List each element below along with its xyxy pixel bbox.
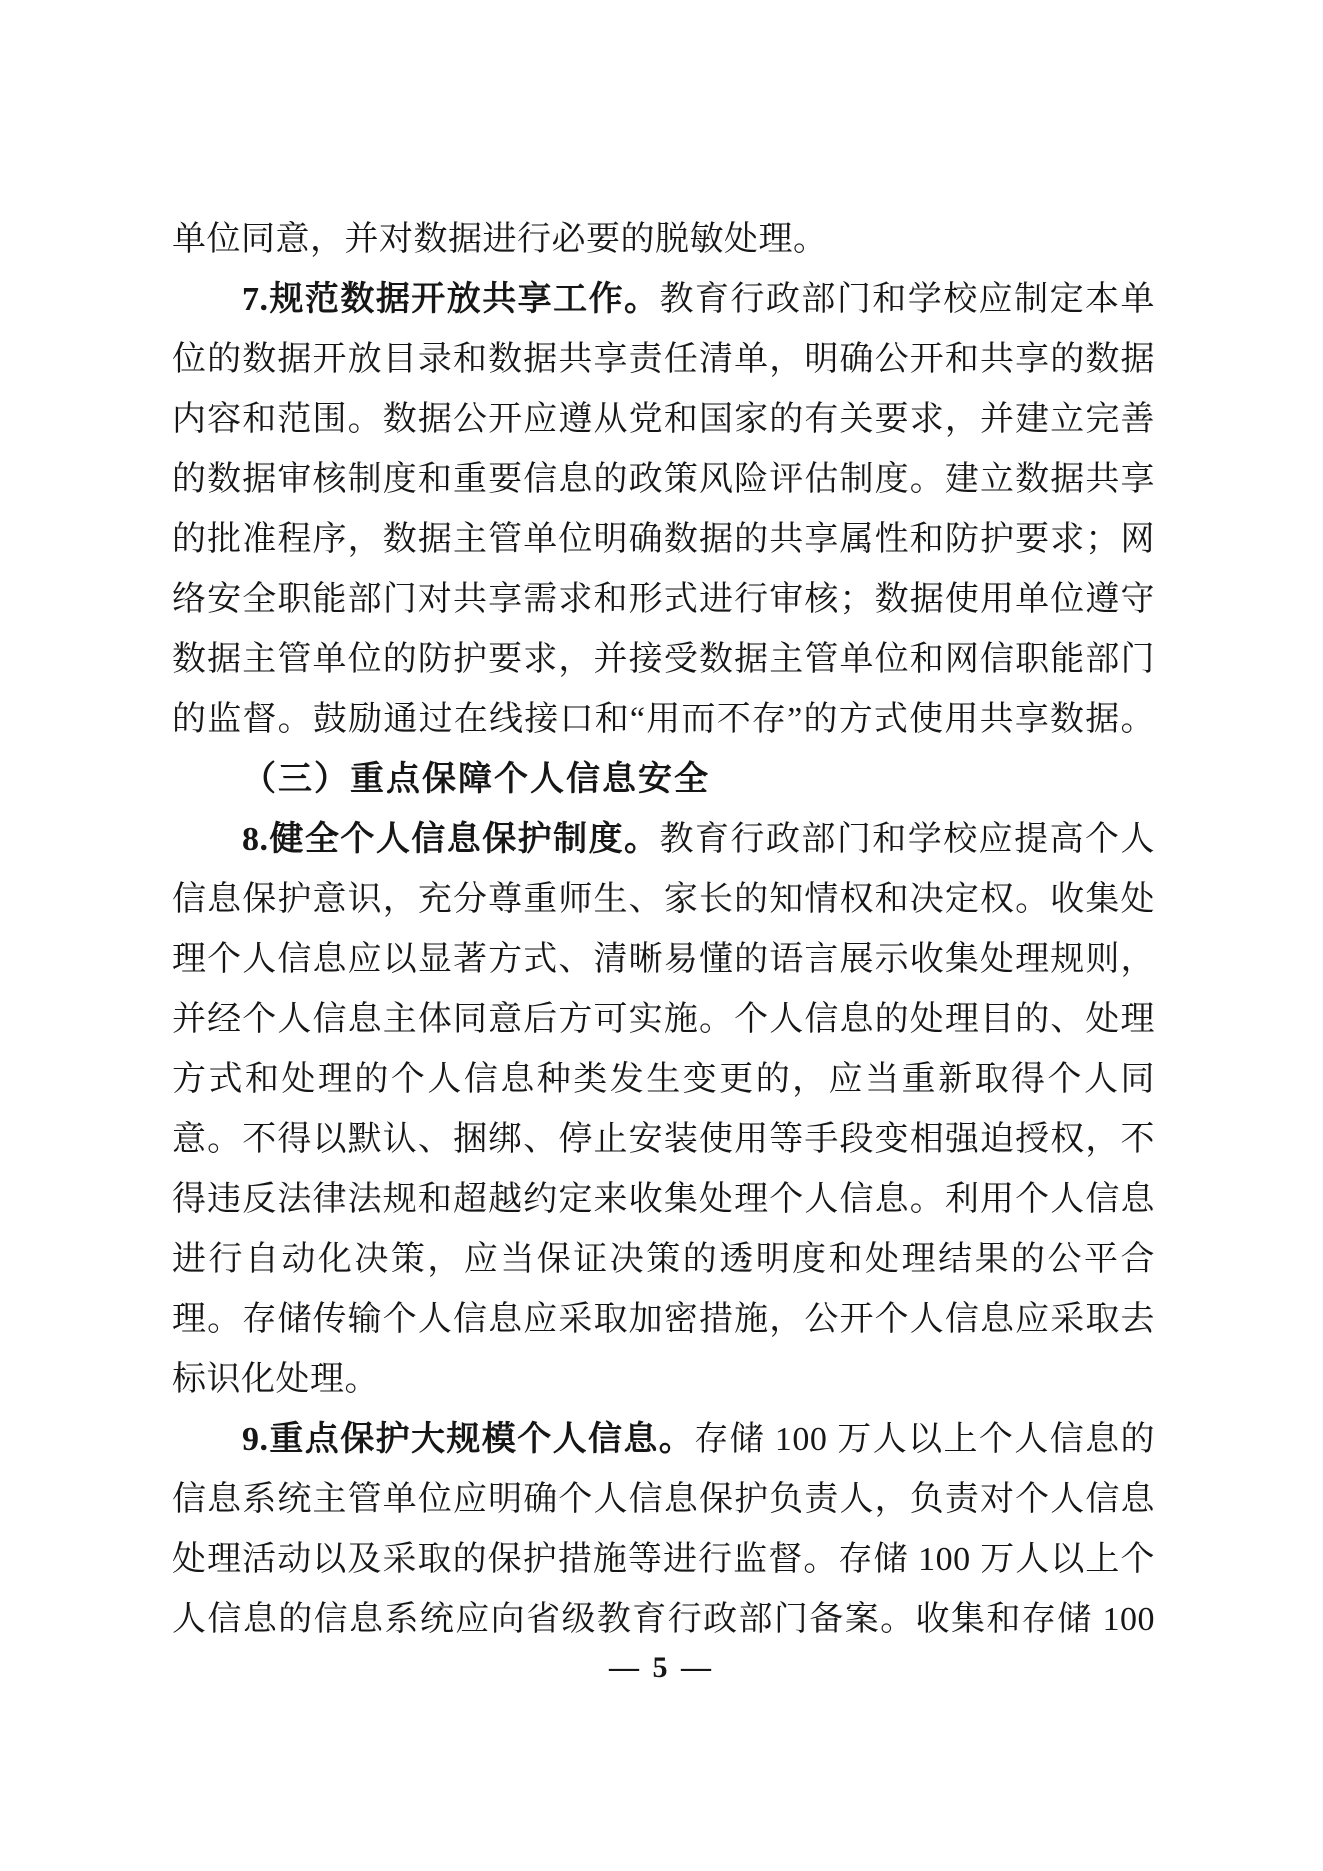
text-segment: 内容和范围。数据公开应遵从党和国家的有关要求，并建立完善 [172,401,1155,438]
text-line: 处理活动以及采取的保护措施等进行监督。存储 100 万人以上个 [172,1530,1155,1590]
text-segment: 标识化处理。 [172,1361,379,1398]
text-segment: 单位同意，并对数据进行必要的脱敏处理。 [172,221,828,258]
text-line: 进行自动化决策，应当保证决策的透明度和处理结果的公平合 [172,1230,1155,1290]
text-segment: 方式和处理的个人信息种类发生变更的，应当重新取得个人同 [172,1061,1155,1098]
text-segment: 的监督。鼓励通过在线接口和“用而不存”的方式使用共享数据。 [172,701,1155,738]
text-segment: 的数据审核制度和重要信息的政策风险评估制度。建立数据共享 [172,461,1155,498]
text-line: 得违反法律法规和超越约定来收集处理个人信息。利用个人信息 [172,1170,1155,1230]
text-line: 人信息的信息系统应向省级教育行政部门备案。收集和存储 100 [172,1590,1155,1650]
text-segment: 教育行政部门和学校应制定本单 [660,281,1155,318]
text-segment: 存储 100 万人以上个人信息的 [694,1421,1155,1458]
text-segment: 络安全职能部门对共享需求和形式进行审核；数据使用单位遵守 [172,581,1155,618]
text-line: 7.规范数据开放共享工作。教育行政部门和学校应制定本单 [172,270,1155,330]
text-line: 信息保护意识，充分尊重师生、家长的知情权和决定权。收集处 [172,870,1155,930]
text-segment: 处理活动以及采取的保护措施等进行监督。存储 100 万人以上个 [172,1541,1155,1578]
paragraph-lead: 9.重点保护大规模个人信息。 [242,1421,694,1458]
text-segment: 理个人信息应以显著方式、清晰易懂的语言展示收集处理规则， [172,941,1155,978]
text-line: 络安全职能部门对共享需求和形式进行审核；数据使用单位遵守 [172,570,1155,630]
text-line: 方式和处理的个人信息种类发生变更的，应当重新取得个人同 [172,1050,1155,1110]
text-segment: 位的数据开放目录和数据共享责任清单，明确公开和共享的数据 [172,341,1155,378]
text-segment: 信息保护意识，充分尊重师生、家长的知情权和决定权。收集处 [172,881,1155,918]
text-segment: 信息系统主管单位应明确个人信息保护负责人，负责对个人信息 [172,1481,1155,1518]
document-page: 单位同意，并对数据进行必要的脱敏处理。7.规范数据开放共享工作。教育行政部门和学… [0,0,1323,1871]
text-segment: 并经个人信息主体同意后方可实施。个人信息的处理目的、处理 [172,1001,1155,1038]
text-segment: 人信息的信息系统应向省级教育行政部门备案。收集和存储 100 [172,1601,1155,1638]
text-line: 内容和范围。数据公开应遵从党和国家的有关要求，并建立完善 [172,390,1155,450]
text-line: 9.重点保护大规模个人信息。存储 100 万人以上个人信息的 [172,1410,1155,1470]
text-line: 信息系统主管单位应明确个人信息保护负责人，负责对个人信息 [172,1470,1155,1530]
page-number: — 5 — [0,1642,1323,1694]
paragraph-lead: （三）重点保障个人信息安全 [242,761,710,798]
text-segment: 理。存储传输个人信息应采取加密措施，公开个人信息应采取去 [172,1301,1155,1338]
text-line: 的批准程序，数据主管单位明确数据的共享属性和防护要求；网 [172,510,1155,570]
section-heading: （三）重点保障个人信息安全 [172,750,1155,810]
text-line: 理个人信息应以显著方式、清晰易懂的语言展示收集处理规则， [172,930,1155,990]
text-block: 单位同意，并对数据进行必要的脱敏处理。7.规范数据开放共享工作。教育行政部门和学… [172,210,1155,1650]
text-segment: 进行自动化决策，应当保证决策的透明度和处理结果的公平合 [172,1241,1155,1278]
paragraph-lead: 8.健全个人信息保护制度。 [242,821,660,858]
text-line: 的数据审核制度和重要信息的政策风险评估制度。建立数据共享 [172,450,1155,510]
text-segment: 意。不得以默认、捆绑、停止安装使用等手段变相强迫授权，不 [172,1121,1155,1158]
text-line: 理。存储传输个人信息应采取加密措施，公开个人信息应采取去 [172,1290,1155,1350]
text-line: 数据主管单位的防护要求，并接受数据主管单位和网信职能部门 [172,630,1155,690]
text-line: 标识化处理。 [172,1350,1155,1410]
text-line: 位的数据开放目录和数据共享责任清单，明确公开和共享的数据 [172,330,1155,390]
text-line: 8.健全个人信息保护制度。教育行政部门和学校应提高个人 [172,810,1155,870]
text-segment: 的批准程序，数据主管单位明确数据的共享属性和防护要求；网 [172,521,1155,558]
text-line: 意。不得以默认、捆绑、停止安装使用等手段变相强迫授权，不 [172,1110,1155,1170]
text-line: 的监督。鼓励通过在线接口和“用而不存”的方式使用共享数据。 [172,690,1155,750]
text-line: 并经个人信息主体同意后方可实施。个人信息的处理目的、处理 [172,990,1155,1050]
paragraph-lead: 7.规范数据开放共享工作。 [242,281,660,318]
text-segment: 教育行政部门和学校应提高个人 [660,821,1155,858]
text-segment: 数据主管单位的防护要求，并接受数据主管单位和网信职能部门 [172,641,1155,678]
text-line: 单位同意，并对数据进行必要的脱敏处理。 [172,210,1155,270]
text-segment: 得违反法律法规和超越约定来收集处理个人信息。利用个人信息 [172,1181,1155,1218]
